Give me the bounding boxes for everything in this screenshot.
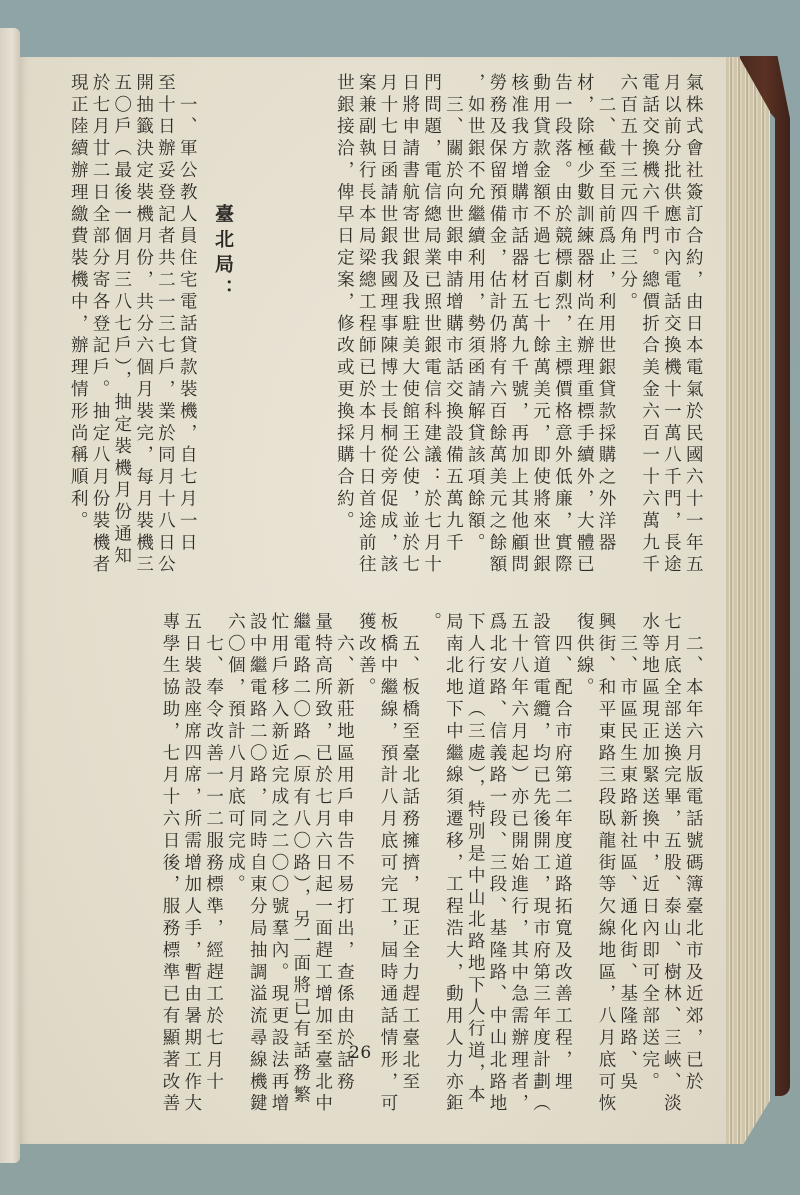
text-column: 至十日辦妥登記者共二一三七戶，業於同月十八日公 [154,73,176,577]
left-page-edge [0,28,20,1163]
text-column: 。 [420,612,442,634]
text-column: 核准我方增購市話器材五萬九千號，再加上其他顧問 [508,73,530,577]
text-column: 氣株式會社簽訂合約，由日本電氣於民國六十一年五 [682,73,704,577]
text-column: 勞務及保留預備金，估計仍將有六百餘萬美元之餘額 [486,73,508,577]
text-column: 門問題，電信總局業已照世銀電信科建議：於七月十 [420,73,442,577]
text-column: 五十八年六月起）亦已開始進行，其中急需辦理者， [508,612,530,1116]
text-column: 日將申請書航寄世銀及我駐美大使館王公使，並於七 [399,73,421,577]
text-column: 電話交換機六千門。總價折合美金六百一十六萬九千 [638,73,660,577]
text-column: 三、市區民生東路新社區、通化街、基隆路、吳 [617,612,639,1094]
text-column: 材，除極少數訓練器材尚在辦理重標手續外，大體已 [573,73,595,577]
text-column: 五、板橋至臺北話務擁擠，現正全力趕工臺北至 [399,612,421,1094]
text-column: 水等地區現正加緊送換中，近日內即可全部送完。 [638,612,660,1094]
text-column: 七月底全部送換完畢，五股、泰山、樹林、三峽、淡 [660,612,682,1116]
text-column: 專學生協助，七月十六日後，服務標準已有顯著改善 [159,612,181,1116]
text-column: 月以前分批供應市內電話交換機十一萬八千門，長途 [660,73,682,577]
text-column: 二、截至目前爲止，利用世銀貸款採購之外洋器 [595,73,617,555]
text-column: 設管道電纜，均已先後開工，現市府第三年度計劃（ [529,612,551,1116]
text-column: 七、奉令改善一一二服務標準，經趕工於七月十 [202,612,224,1094]
text-column: 復供線。 [573,612,595,700]
text-column: 六〇個，預計八月底可完成。 [224,612,246,897]
text-column: 板橋中繼線，預計八月底可完工，屆時通話情形，可 [377,612,399,1116]
text-column: 一、軍公教人員住宅電話貸款裝機，自七月一日 [176,73,198,555]
text-column: 繼電路二〇路（原有八〇路），另一面將已有話務繁 [290,612,312,1107]
text-column: 世銀接洽，俾早日定案，修改或更換採購合約。 [333,73,355,533]
text-column: ，如世銀不允繼續利用，勢須函請解貸該項餘額。 [464,73,486,555]
text-column: 爲北安路、信義路一段、三段、基隆路、中山北路地 [486,612,508,1116]
text-column: 二、本年六月版電話號碼簿臺北市及近郊，已於 [682,612,704,1094]
text-column: 六、新莊地區用戶申告不易打出，查係由於話務 [333,612,355,1094]
text-column: 五日裝設座席四席，所需增加人手，暫由暑期工作大 [181,612,203,1116]
text-column: 三、關於向世銀申請增購市話交換設備五萬九千 [442,73,464,555]
text-column: 量特高所致，已於七月六日起一面趕工增加至臺北中 [311,612,333,1116]
text-column: 告一段落。由於競標劇烈，主標價格意外低廉，實際 [551,73,573,577]
text-column: 於七月廿二日全部分寄各登記戶。抽定八月份裝機者 [89,73,111,577]
page-stack-edges [726,57,770,1144]
text-column: 動用貸款金額不過七百七十餘萬美元，即使將來世銀 [529,73,551,577]
text-column: 月十七日函請世銀我國理事陳博士長桐從旁促成，該 [377,73,399,577]
text-column: 六百五十三元四角三分。 [617,73,639,314]
section-heading-taipei: 臺北局： [210,204,237,304]
text-column: 忙用戶移入新近完成之二〇〇號羣內。現更設法再增 [268,612,290,1116]
text-column: 案兼副執行長本局梁總工程師已於本月十日首途前往 [355,73,377,577]
text-column: 四、配合市府第二年度道路拓寬及改善工程，埋 [551,612,573,1094]
text-column: 獲改善。 [355,612,377,700]
text-column: 現正陸續辦理繳費裝機中，辦理情形尚稱順利。 [67,73,89,533]
text-column: 興街、和平東路三段臥龍街等欠線地區，八月底可恢 [595,612,617,1116]
text-column: 下人行道（三處），特別是中山北路地下人行道，本 [464,612,486,1107]
text-column: 五〇戶（最後一個月三八七戶），抽定裝機月份通知 [111,73,133,568]
text-column: 開抽籤決定裝機月份，共分六個月裝完，每月裝機三 [132,73,154,577]
text-column: 設中繼電路二〇路，同時自東分局抽調溢流尋線機鍵 [246,612,268,1116]
text-column: 局南北地下中繼線須遷移，工程浩大，動用人力亦鉅 [442,612,464,1116]
